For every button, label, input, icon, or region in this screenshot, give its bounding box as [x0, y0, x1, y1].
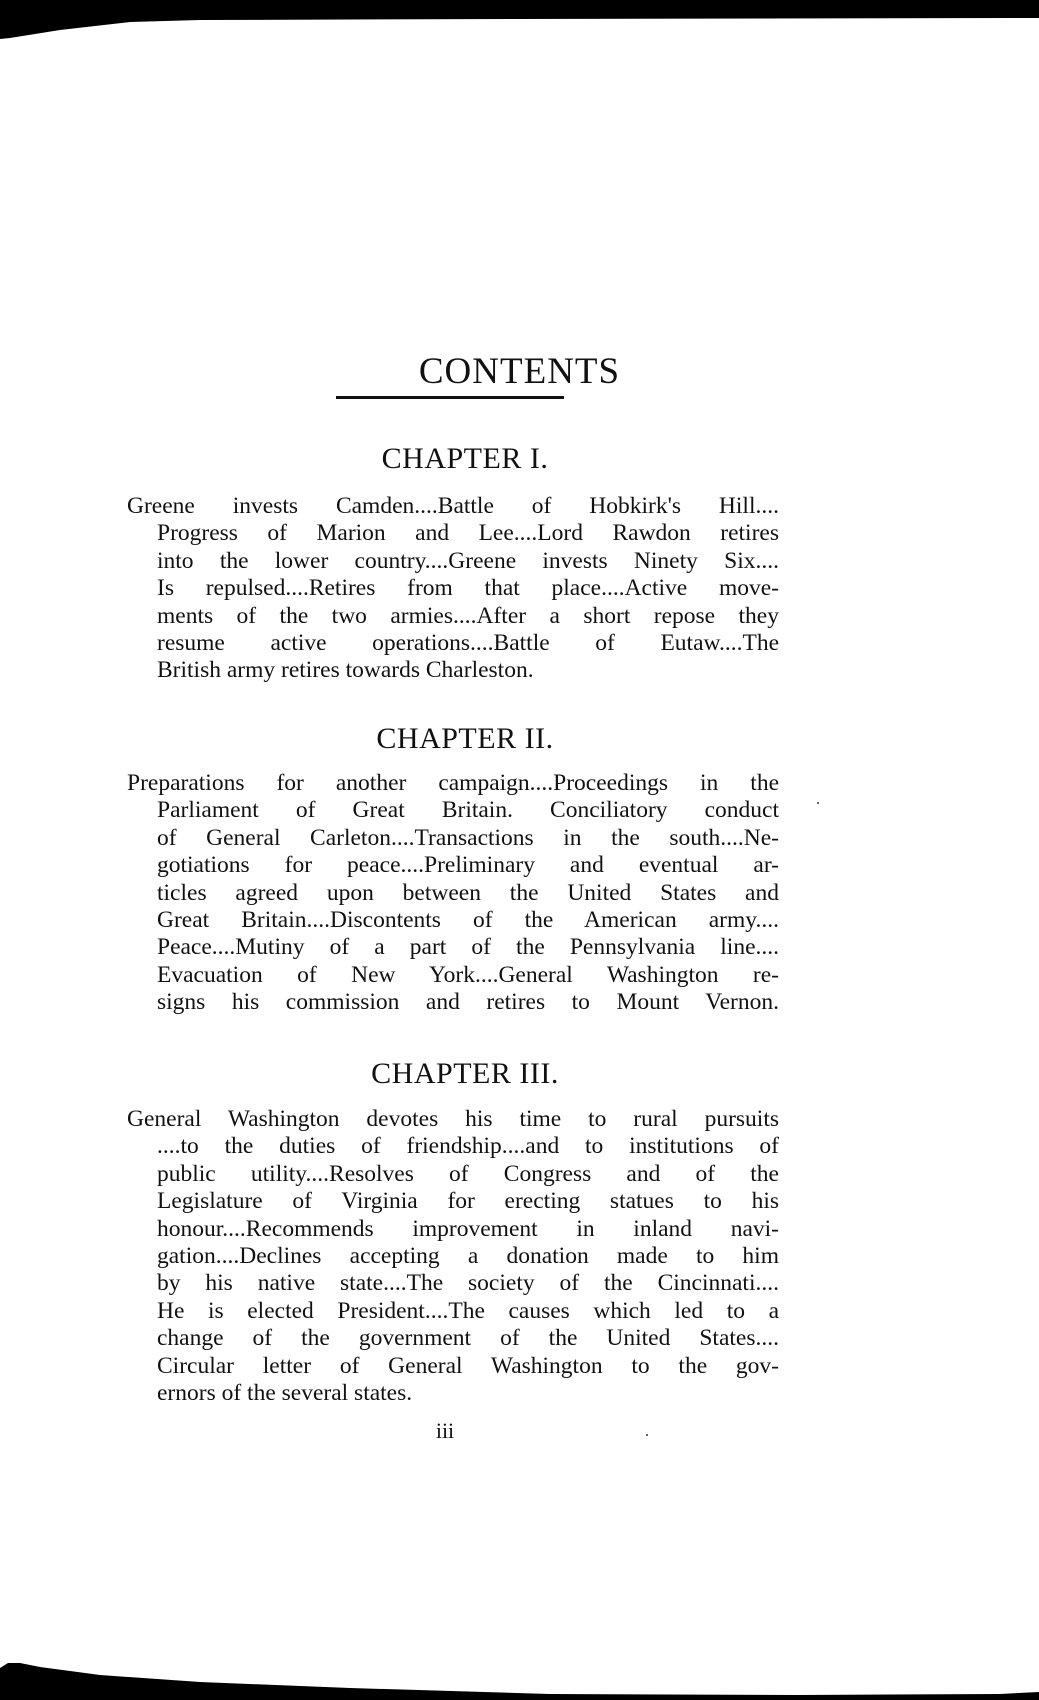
summary-line: Greene invests Camden....Battle of Hobki… [127, 493, 779, 520]
summary-line: Is repulsed....Retires from that place..… [127, 575, 779, 602]
summary-line: of General Carleton....Transactions in t… [127, 825, 779, 852]
page-title: CONTENTS [0, 352, 1039, 392]
summary-line: by his native state....The society of th… [127, 1270, 779, 1297]
summary-line: Parliament of Great Britain. Conciliator… [127, 797, 779, 824]
summary-line: Progress of Marion and Lee....Lord Rawdo… [127, 520, 779, 547]
summary-line: Legislature of Virginia for erecting sta… [127, 1188, 779, 1215]
summary-line: Evacuation of New York....General Washin… [127, 962, 779, 989]
title-underline [336, 396, 564, 399]
summary-line: resume active operations....Battle of Eu… [127, 630, 779, 657]
scan-bottom-border [0, 1630, 1039, 1700]
summary-line: honour....Recommends improvement in inla… [127, 1216, 779, 1243]
chapter-3-summary: General Washington devotes his time to r… [127, 1106, 779, 1407]
summary-line: gation....Declines accepting a donation … [127, 1243, 779, 1270]
summary-line: into the lower country....Greene invests… [127, 548, 779, 575]
summary-line: gotiations for peace....Preliminary and … [127, 852, 779, 879]
chapter-3-heading: CHAPTER III. [0, 1057, 930, 1091]
page-number: iii [0, 1418, 890, 1444]
summary-line: Great Britain....Discontents of the Amer… [127, 907, 779, 934]
summary-line: British army retires towards Charleston. [127, 657, 779, 684]
summary-line: change of the government of the United S… [127, 1325, 779, 1352]
summary-line: General Washington devotes his time to r… [127, 1106, 779, 1133]
summary-line: Peace....Mutiny of a part of the Pennsyl… [127, 934, 779, 961]
summary-line: ....to the duties of friendship....and t… [127, 1133, 779, 1160]
summary-line: He is elected President....The causes wh… [127, 1298, 779, 1325]
summary-line: ernors of the several states. [127, 1380, 779, 1407]
chapter-1-summary: Greene invests Camden....Battle of Hobki… [127, 493, 779, 685]
chapter-2-heading: CHAPTER II. [0, 722, 930, 756]
chapter-1-heading: CHAPTER I. [0, 442, 930, 476]
summary-line: Circular letter of General Washington to… [127, 1353, 779, 1380]
chapter-2-summary: Preparations for another campaign....Pro… [127, 770, 779, 1017]
scan-top-border [0, 0, 1039, 40]
summary-line: ticles agreed upon between the United St… [127, 880, 779, 907]
summary-line: Preparations for another campaign....Pro… [127, 770, 779, 797]
summary-line: ments of the two armies....After a short… [127, 603, 779, 630]
summary-line: public utility....Resolves of Congress a… [127, 1161, 779, 1188]
scan-speck [817, 802, 819, 804]
scan-speck [646, 1434, 648, 1436]
summary-line: signs his commission and retires to Moun… [127, 989, 779, 1016]
